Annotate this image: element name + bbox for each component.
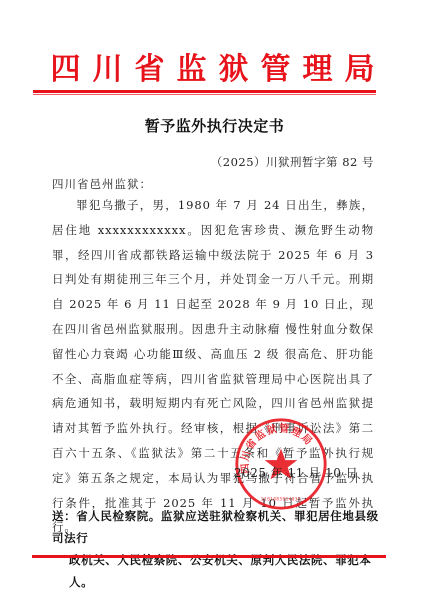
cc-line-1: 送：省人民检察院。监狱应送驻狱检察机关、罪犯居住地县级司法行 xyxy=(52,505,382,549)
document-number: （2025）川狱刑暂字第 82 号 xyxy=(211,154,374,170)
issuer-header: 四川省监狱管理局 xyxy=(0,52,429,88)
header-red-rule xyxy=(33,90,376,93)
document-title: 暂予监外执行决定书 xyxy=(0,115,429,136)
footer-red-rule xyxy=(32,555,386,558)
issue-date: 2025 年 11 月 10 日 xyxy=(234,464,358,481)
addressee: 四川省邑州监狱： xyxy=(52,176,152,192)
cc-recipients: 送：省人民检察院。监狱应送驻狱检察机关、罪犯居住地县级司法行 政机关、人民检察院… xyxy=(52,505,382,593)
svg-text:5101085014035: 5101085014035 xyxy=(261,496,301,502)
header-red-rule-thin xyxy=(33,94,376,95)
